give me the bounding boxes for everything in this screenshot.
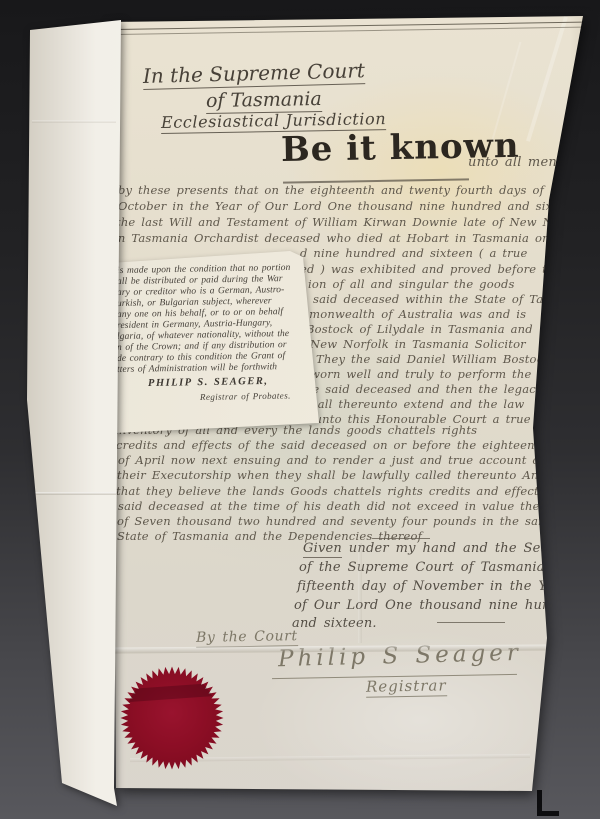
fold-crease	[32, 120, 116, 123]
photographed-probate-document: In the Supreme Court of Tasmania Ecclesi…	[0, 0, 600, 819]
fold-crease	[30, 492, 116, 495]
folded-page-edge-wrap	[0, 0, 600, 819]
folded-page-edge	[0, 0, 600, 819]
